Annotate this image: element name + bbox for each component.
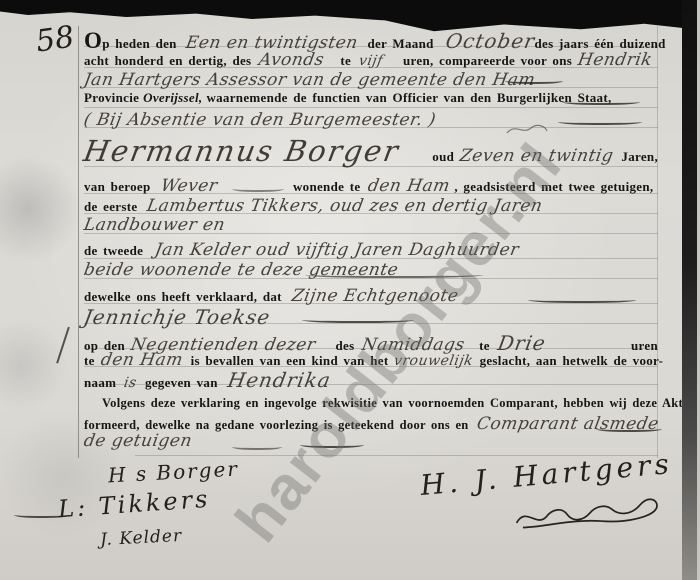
- printed-text: gegeven van: [145, 375, 218, 391]
- signature-comparant: H s Borger: [107, 457, 239, 488]
- printed-text: oud: [432, 149, 454, 165]
- hw-comparant-name: Hermannus Borger: [81, 134, 402, 168]
- printed-text: , geadsisteerd met twee getuigen,: [454, 179, 653, 195]
- scanned-birth-record: haroldborger.nl 58 Op heden den Een en t…: [0, 0, 700, 580]
- act-line-8: de eerste Lambertus Tikkers, oud zes en …: [84, 196, 658, 216]
- official-paraph: [511, 491, 663, 533]
- filler-dash: [232, 444, 282, 450]
- hw-absentie-note: ( Bij Absentie van den Burgemeester. ): [82, 110, 437, 130]
- hw-declaration: Zijne Echtgenoote: [290, 286, 460, 306]
- act-number: 58: [34, 20, 77, 60]
- form-rule-line: [84, 107, 658, 108]
- printed-text: uren, compareerde voor ons: [403, 53, 572, 69]
- closing-line-1: Volgens deze verklaring en ingevolge rek…: [102, 396, 658, 411]
- hw-child-name: Hendrika: [226, 368, 333, 392]
- hw-mother-name: Jennichje Toekse: [82, 305, 273, 329]
- filler-dash: [505, 78, 563, 84]
- filler-dash: [232, 186, 284, 192]
- hw-occupation: Wever: [159, 176, 219, 196]
- printed-text: van beroep: [84, 179, 151, 195]
- printed-text: Jaren,: [621, 149, 658, 165]
- act-line-10: de tweede Jan Kelder oud vijftig Jaren D…: [84, 240, 658, 260]
- hw-witness-2: Jan Kelder oud vijftig Jaren Daghuurder: [153, 240, 520, 260]
- hw-witness-1-occupation: Landbouwer en: [82, 215, 227, 235]
- printed-text: acht honderd en dertig, des: [84, 53, 251, 69]
- printed-text: waarnemende de functien van Officier van…: [206, 90, 611, 106]
- hw-is: is: [123, 375, 138, 391]
- filler-dash: [528, 297, 636, 303]
- printed-text: te: [340, 53, 351, 69]
- ink-flourish: [505, 122, 549, 136]
- closing-line-3: de getuigen: [84, 431, 658, 451]
- act-line-7: van beroep Wever wonende te den Ham , ge…: [84, 176, 658, 196]
- act-line-3: Jan Hartgers Assessor van de gemeente de…: [84, 70, 658, 90]
- form-margin-rule: [78, 26, 79, 458]
- act-line-9: Landbouwer en: [84, 215, 658, 235]
- scan-right-edge: [682, 0, 698, 580]
- filler-dash: [305, 272, 483, 278]
- printed-text: te: [84, 353, 95, 369]
- act-line-6: Hermannus Borger oud Zeven en twintig Ja…: [84, 134, 658, 168]
- hw-gender: vrouwelijk: [393, 353, 475, 369]
- filler-dash: [300, 442, 364, 448]
- hw-official-name: Jan Hartgers Assessor van de gemeente de…: [82, 70, 537, 90]
- printed-text: de tweede: [84, 243, 143, 259]
- act-line-2: acht honderd en dertig, des Avonds te vi…: [84, 50, 658, 70]
- signature-witness-1: L: Tikkers: [57, 485, 211, 524]
- margin-slash: [56, 327, 69, 364]
- act-line-12: dewelke ons heeft verklaard, dat Zijne E…: [84, 286, 658, 306]
- act-line-16: naam is gegeven van Hendrika: [84, 368, 658, 392]
- filler-dash: [562, 99, 640, 105]
- printed-text: Volgens deze verklaring en ingevolge rek…: [102, 396, 700, 411]
- printed-text: de eerste: [84, 199, 137, 215]
- hw-daypart: Avonds: [258, 50, 327, 70]
- filler-dash: [558, 119, 642, 125]
- hw-hour: vijf: [358, 53, 385, 69]
- signature-witness-2: J. Kelder: [100, 526, 183, 550]
- printed-text: is bevallen van een kind van het: [191, 353, 389, 369]
- printed-text: wonende te: [293, 179, 360, 195]
- act-line-15: te den Ham is bevallen van een kind van …: [84, 350, 658, 370]
- printed-text: dewelke ons heeft verklaard, dat: [84, 289, 282, 305]
- hw-residence: den Ham: [367, 176, 452, 196]
- hw-official-firstname: Hendrik: [576, 50, 654, 70]
- hw-witness-1: Lambertus Tikkers, oud zes en dertig Jar…: [146, 196, 545, 216]
- hw-age: Zeven en twintig: [458, 146, 615, 166]
- printed-text: geslacht, aan hetwelk de voor-: [480, 353, 664, 369]
- filler-dash: [302, 317, 414, 323]
- printed-text-italic: Overijssel,: [143, 90, 202, 106]
- hw-closing-2: de getuigen: [82, 431, 193, 451]
- printed-text: Provincie: [84, 90, 139, 106]
- printed-text: naam: [84, 375, 116, 391]
- hw-birth-place: den Ham: [99, 350, 184, 370]
